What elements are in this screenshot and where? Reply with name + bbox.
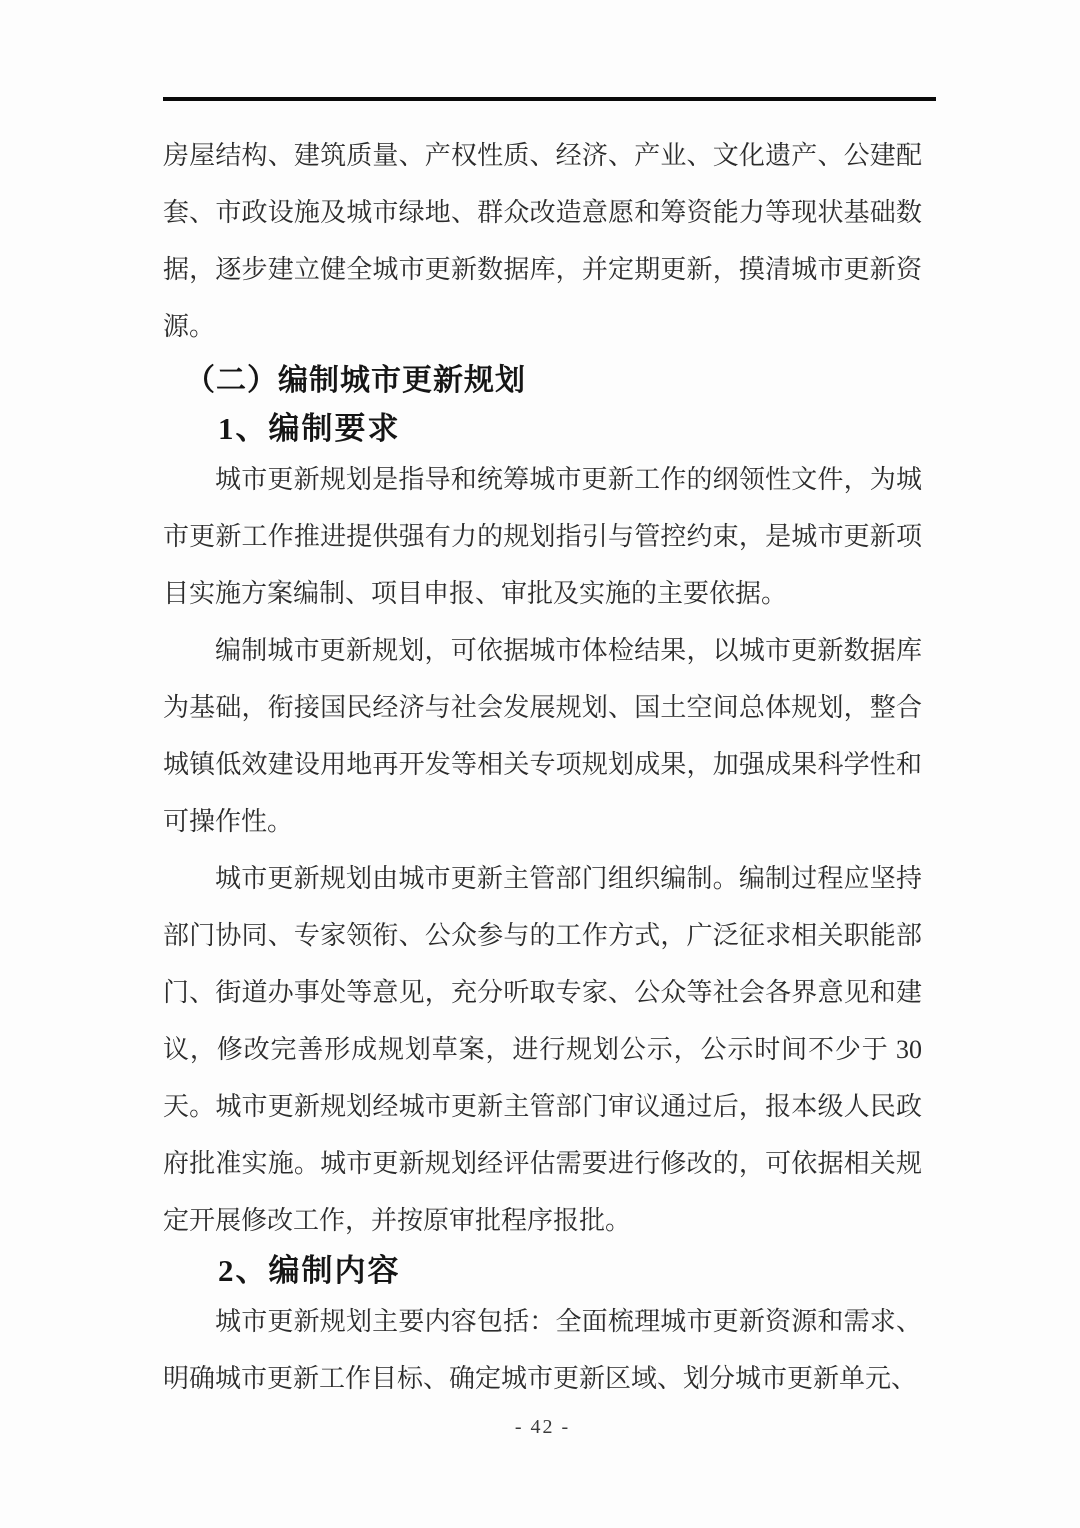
- paragraph-requirements: 城市更新规划是指导和统筹城市更新工作的纲领性文件，为城市更新工作推进提供强有力的…: [163, 451, 922, 622]
- paragraph-continuation: 房屋结构、建筑质量、产权性质、经济、产业、文化遗产、公建配套、市政设施及城市绿地…: [163, 127, 922, 355]
- section-heading: （二）编制城市更新规划: [185, 355, 922, 407]
- paragraph-procedure: 城市更新规划由城市更新主管部门组织编制。编制过程应坚持部门协同、专家领衔、公众参…: [163, 850, 922, 1249]
- page-content: 房屋结构、建筑质量、产权性质、经济、产业、文化遗产、公建配套、市政设施及城市绿地…: [163, 97, 936, 1439]
- header-rule: [163, 97, 936, 101]
- paragraph-basis: 编制城市更新规划，可依据城市体检结果，以城市更新数据库为基础，衔接国民经济与社会…: [163, 622, 922, 850]
- paragraph-contents: 城市更新规划主要内容包括：全面梳理城市更新资源和需求、明确城市更新工作目标、确定…: [163, 1293, 922, 1407]
- page-number: - 42 -: [163, 1415, 922, 1439]
- document-page: 房屋结构、建筑质量、产权性质、经济、产业、文化遗产、公建配套、市政设施及城市绿地…: [0, 0, 1080, 1528]
- text-column: 房屋结构、建筑质量、产权性质、经济、产业、文化遗产、公建配套、市政设施及城市绿地…: [163, 127, 922, 1439]
- subsection-heading-1: 1、编制要求: [218, 407, 922, 451]
- subsection-heading-2: 2、编制内容: [218, 1249, 922, 1293]
